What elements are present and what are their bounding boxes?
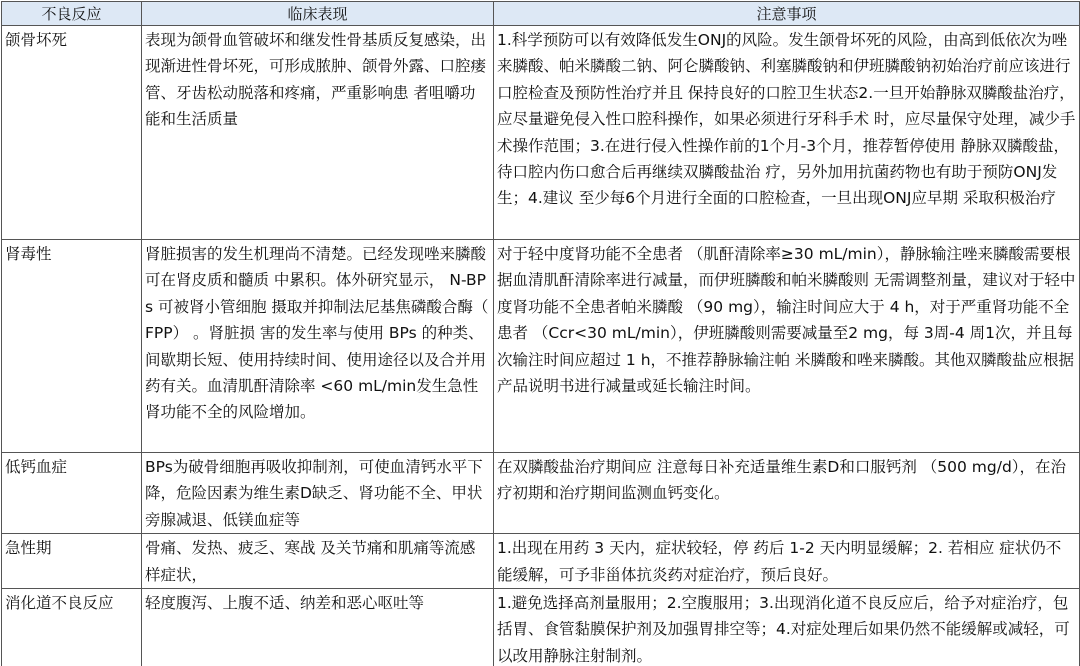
reaction-cell: 急性期 — [2, 534, 142, 589]
header-clinical-manifestation: 临床表现 — [142, 2, 494, 26]
clinical-cell: 表现为颌骨血管破坏和继发性骨基质反复感染，出现渐进性骨坏死，可形成脓肿、颌骨外露… — [142, 26, 494, 240]
notes-cell: 对于轻中度肾功能不全患者 （肌酐清除率≥30 mL/min），静脉输注唑来膦酸需… — [494, 240, 1080, 453]
reaction-cell: 低钙血症 — [2, 453, 142, 534]
reaction-cell: 肾毒性 — [2, 240, 142, 453]
header-adverse-reaction: 不良反应 — [2, 2, 142, 26]
notes-cell: 在双膦酸盐治疗期间应 注意每日补充适量维生素D和口服钙剂 （500 mg/d），… — [494, 453, 1080, 534]
clinical-cell: 轻度腹泻、上腹不适、纳差和恶心呕吐等 — [142, 589, 494, 666]
adverse-reactions-table: 不良反应 临床表现 注意事项 颌骨坏死 表现为颌骨血管破坏和继发性骨基质反复感染… — [1, 1, 1080, 666]
notes-cell: 1.科学预防可以有效降低发生ONJ的风险。发生颌骨坏死的风险，由高到低依次为唑 … — [494, 26, 1080, 240]
table-row: 低钙血症 BPs为破骨细胞再吸收抑制剂，可使血清钙水平下降，危险因素为维生素D缺… — [2, 453, 1080, 534]
table-row: 急性期 骨痛、发热、疲乏、寒战 及关节痛和肌痛等流感样症状， 1.出现在用药 3… — [2, 534, 1080, 589]
notes-cell: 1.避免选择高剂量服用；2.空腹服用；3.出现消化道不良反应后，给予对症治疗，包… — [494, 589, 1080, 666]
clinical-cell: 肾脏损害的发生机理尚不清楚。已经发现唑来膦酸可在肾皮质和髓质 中累积。体外研究显… — [142, 240, 494, 453]
clinical-cell: BPs为破骨细胞再吸收抑制剂，可使血清钙水平下降，危险因素为维生素D缺乏、肾功能… — [142, 453, 494, 534]
table-row: 肾毒性 肾脏损害的发生机理尚不清楚。已经发现唑来膦酸可在肾皮质和髓质 中累积。体… — [2, 240, 1080, 453]
notes-cell: 1.出现在用药 3 天内，症状较轻，停 药后 1-2 天内明显缓解；2. 若相应… — [494, 534, 1080, 589]
header-row: 不良反应 临床表现 注意事项 — [2, 2, 1080, 26]
reaction-cell: 消化道不良反应 — [2, 589, 142, 666]
reaction-cell: 颌骨坏死 — [2, 26, 142, 240]
table-row: 消化道不良反应 轻度腹泻、上腹不适、纳差和恶心呕吐等 1.避免选择高剂量服用；2… — [2, 589, 1080, 666]
clinical-cell: 骨痛、发热、疲乏、寒战 及关节痛和肌痛等流感样症状， — [142, 534, 494, 589]
header-precautions: 注意事项 — [494, 2, 1080, 26]
table-row: 颌骨坏死 表现为颌骨血管破坏和继发性骨基质反复感染，出现渐进性骨坏死，可形成脓肿… — [2, 26, 1080, 240]
